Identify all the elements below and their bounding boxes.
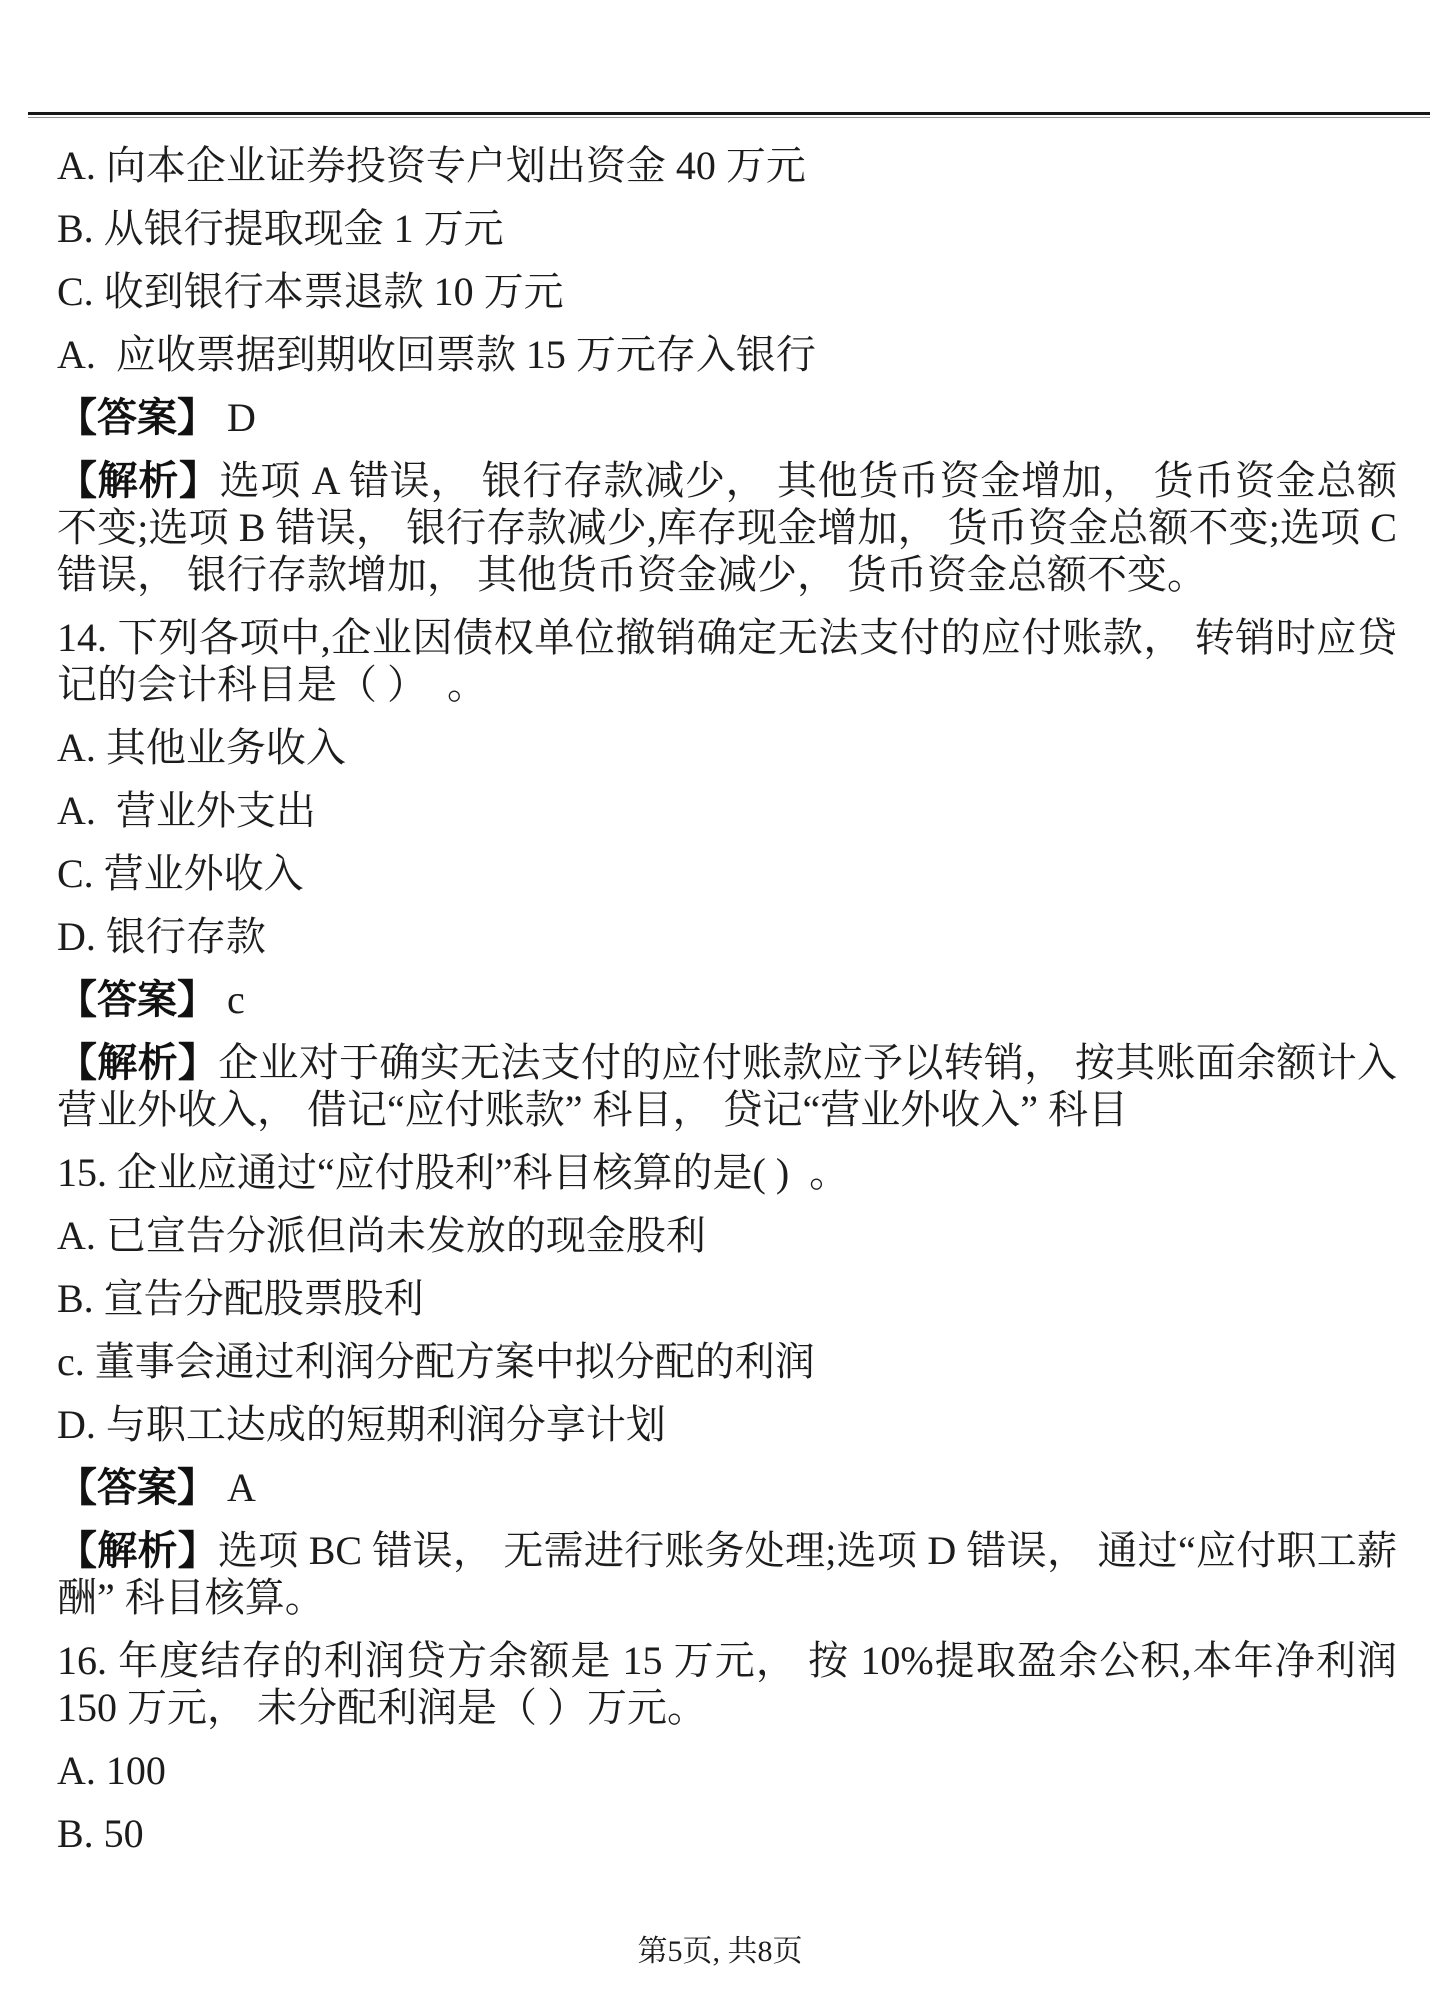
- q14-answer-line: 【答案】c: [57, 976, 1397, 1023]
- q13-option-b: B. 从银行提取现金 1 万元: [57, 205, 1397, 252]
- question-16-block: 16. 年度结存的利润贷方余额是 15 万元， 按 10%提取盈余公积,本年净利…: [57, 1637, 1397, 1857]
- q14-analysis-text: 企业对于确实无法支付的应付账款应予以转销， 按其账面余额计入营业外收入， 借记“…: [57, 1040, 1397, 1132]
- q15-option-b: B. 宣告分配股票股利: [57, 1275, 1397, 1322]
- q15-answer-value: A: [227, 1465, 256, 1510]
- q13-option-a: A. 向本企业证券投资专户划出资金 40 万元: [57, 142, 1397, 189]
- q13-answer-label: 【答案】: [57, 395, 217, 440]
- q16-option-a: A. 100: [57, 1747, 1397, 1794]
- q13-analysis-text: 选项 A 错误， 银行存款减少， 其他货币资金增加， 货币资金总额不变;选项 B…: [57, 458, 1397, 597]
- q14-option-d: D. 银行存款: [57, 913, 1397, 960]
- page-content: A. 向本企业证券投资专户划出资金 40 万元 B. 从银行提取现金 1 万元 …: [57, 142, 1397, 1873]
- q15-answer-label: 【答案】: [57, 1465, 217, 1510]
- q13-analysis-line: 【解析】选项 A 错误， 银行存款减少， 其他货币资金增加， 货币资金总额不变;…: [57, 457, 1397, 598]
- question-15-block: 15. 企业应通过“应付股利”科目核算的是( ) 。 A. 已宣告分派但尚未发放…: [57, 1149, 1397, 1621]
- document-page: A. 向本企业证券投资专户划出资金 40 万元 B. 从银行提取现金 1 万元 …: [0, 0, 1440, 2000]
- question-14-block: 14. 下列各项中,企业因债权单位撤销确定无法支付的应付账款， 转销时应贷记的会…: [57, 614, 1397, 1133]
- page-footer: 第5页, 共8页: [0, 1926, 1440, 1970]
- page-top-rule: [28, 112, 1430, 118]
- q15-analysis-text: 选项 BC 错误， 无需进行账务处理;选项 D 错误， 通过“应付职工薪酬” 科…: [57, 1528, 1397, 1620]
- q14-analysis-label: 【解析】: [57, 1040, 218, 1085]
- q14-option-b: A. 营业外支出: [57, 787, 1397, 834]
- question-13-block: A. 向本企业证券投资专户划出资金 40 万元 B. 从银行提取现金 1 万元 …: [57, 142, 1397, 598]
- q15-analysis-label: 【解析】: [57, 1528, 218, 1573]
- q15-option-d: D. 与职工达成的短期利润分享计划: [57, 1401, 1397, 1448]
- q13-answer-value: D: [227, 395, 256, 440]
- q14-answer-label: 【答案】: [57, 977, 217, 1022]
- q13-option-c: C. 收到银行本票退款 10 万元: [57, 268, 1397, 315]
- q13-answer-line: 【答案】D: [57, 394, 1397, 441]
- q14-option-c: C. 营业外收入: [57, 850, 1397, 897]
- q15-analysis-line: 【解析】选项 BC 错误， 无需进行账务处理;选项 D 错误， 通过“应付职工薪…: [57, 1527, 1397, 1621]
- q13-option-d: A. 应收票据到期收回票款 15 万元存入银行: [57, 331, 1397, 378]
- q14-option-a: A. 其他业务收入: [57, 724, 1397, 771]
- q15-answer-line: 【答案】A: [57, 1464, 1397, 1511]
- q14-stem: 14. 下列各项中,企业因债权单位撤销确定无法支付的应付账款， 转销时应贷记的会…: [57, 614, 1397, 708]
- q16-option-b: B. 50: [57, 1810, 1397, 1857]
- q14-analysis-line: 【解析】企业对于确实无法支付的应付账款应予以转销， 按其账面余额计入营业外收入，…: [57, 1039, 1397, 1133]
- q16-stem: 16. 年度结存的利润贷方余额是 15 万元， 按 10%提取盈余公积,本年净利…: [57, 1637, 1397, 1731]
- q14-answer-value: c: [227, 977, 245, 1022]
- q13-analysis-label: 【解析】: [57, 458, 220, 503]
- q15-stem: 15. 企业应通过“应付股利”科目核算的是( ) 。: [57, 1149, 1397, 1196]
- q15-option-a: A. 已宣告分派但尚未发放的现金股利: [57, 1212, 1397, 1259]
- q15-option-c: c. 董事会通过利润分配方案中拟分配的利润: [57, 1338, 1397, 1385]
